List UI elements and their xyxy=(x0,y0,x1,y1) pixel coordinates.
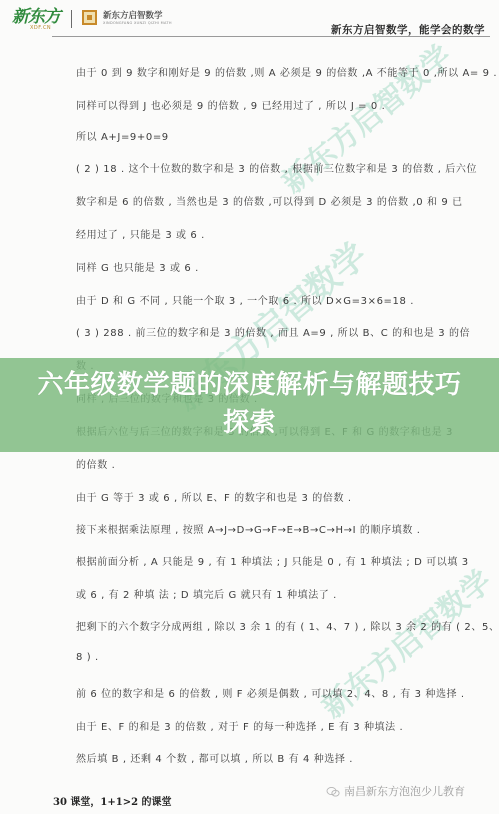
text-line: 由于 0 到 9 数字和刚好是 9 的倍数 ,则 A 必须是 9 的倍数 ,A … xyxy=(76,64,497,79)
text-line: 同样可以得到 J 也必须是 9 的倍数 , 9 已经用过了 , 所以 J = 0… xyxy=(76,97,385,112)
watermark: 新东方启智数学 xyxy=(310,558,499,727)
text-line: ( 3 ) 288 . 前三位的数字和是 3 的倍数 , 而且 A=9 , 所以… xyxy=(76,324,470,339)
qizhi-logo-cn: 新东方启智数学 xyxy=(103,9,163,21)
document-page: 新东方 XDF.CN 新东方启智数学 XINDONGFANG XUNZI QIZ… xyxy=(0,0,499,814)
logo-divider xyxy=(71,10,72,28)
text-line: 所以 A+J=9+0=9 xyxy=(76,128,169,143)
title-banner: 六年级数学题的深度解析与解题技巧探索 xyxy=(0,358,499,452)
text-line: 数字和是 6 的倍数 , 当然也是 3 的倍数 ,可以得到 D 必须是 3 的倍… xyxy=(76,193,463,208)
text-line: 8 ) . xyxy=(76,652,99,663)
header-divider xyxy=(52,36,490,37)
text-line: 由于 D 和 G 不同 , 只能一个取 3 , 一个取 6 . 所以 D×G=3… xyxy=(76,292,414,307)
text-line: 由于 G 等于 3 或 6 , 所以 E、F 的数字和也是 3 的倍数 . xyxy=(76,489,352,504)
page-header: 新东方 XDF.CN 新东方启智数学 XINDONGFANG XUNZI QIZ… xyxy=(0,0,499,46)
text-line: 由于 E、F 的和是 3 的倍数 , 对于 F 的每一种选择 , E 有 3 种… xyxy=(76,718,403,733)
header-slogan: 新东方启智数学，能学会的数学 xyxy=(331,22,485,37)
text-line: 根据前面分析 , A 只能是 9 , 有 1 种填法 ; J 只能是 0 , 有… xyxy=(76,553,469,568)
xdf-logo-cn: 新东方 xyxy=(12,8,60,26)
text-line: 或 6 , 有 2 种填 法 ; D 填完后 G 就只有 1 种填法了 . xyxy=(76,586,337,601)
article-title: 六年级数学题的深度解析与解题技巧探索 xyxy=(30,366,469,442)
footer-tagline: 30 课堂，1+1>2 的课堂 xyxy=(53,793,172,808)
watermark: 新东方启智数学 xyxy=(270,33,459,202)
text-line: 接下来根据乘法原理 , 按照 A→J→D→G→F→E→B→C→H→I 的顺序填数… xyxy=(76,521,420,536)
text-line: 的倍数 . xyxy=(76,456,115,471)
text-line: 前 6 位的数字和是 6 的倍数 , 则 F 必须是偶数 , 可以填 2、4、8… xyxy=(76,685,465,700)
text-line: 同样 G 也只能是 3 或 6 . xyxy=(76,259,199,274)
wechat-icon xyxy=(326,786,340,798)
source-credit-text: 南昌新东方泡泡少儿教育 xyxy=(344,785,465,798)
qizhi-logo-en: XINDONGFANG XUNZI QIZHI MATH xyxy=(103,21,172,25)
source-credit: 南昌新东方泡泡少儿教育 xyxy=(326,783,465,799)
text-line: ( 2 ) 18 . 这个十位数的数字和是 3 的倍数 , 根据前三位数字和是 … xyxy=(76,160,477,175)
text-line: 然后填 B , 还剩 4 个数 , 都可以填 , 所以 B 有 4 种选择 . xyxy=(76,750,353,765)
xdf-logo-en: XDF.CN xyxy=(30,25,51,31)
text-line: 把剩下的六个数字分成两组 , 除以 3 余 1 的有 ( 1、4、7 ) , 除… xyxy=(76,618,499,633)
xdf-logo: 新东方 XDF.CN xyxy=(12,8,72,32)
qizhi-logo-icon xyxy=(82,10,97,25)
text-line: 经用过了 , 只能是 3 或 6 . xyxy=(76,226,205,241)
